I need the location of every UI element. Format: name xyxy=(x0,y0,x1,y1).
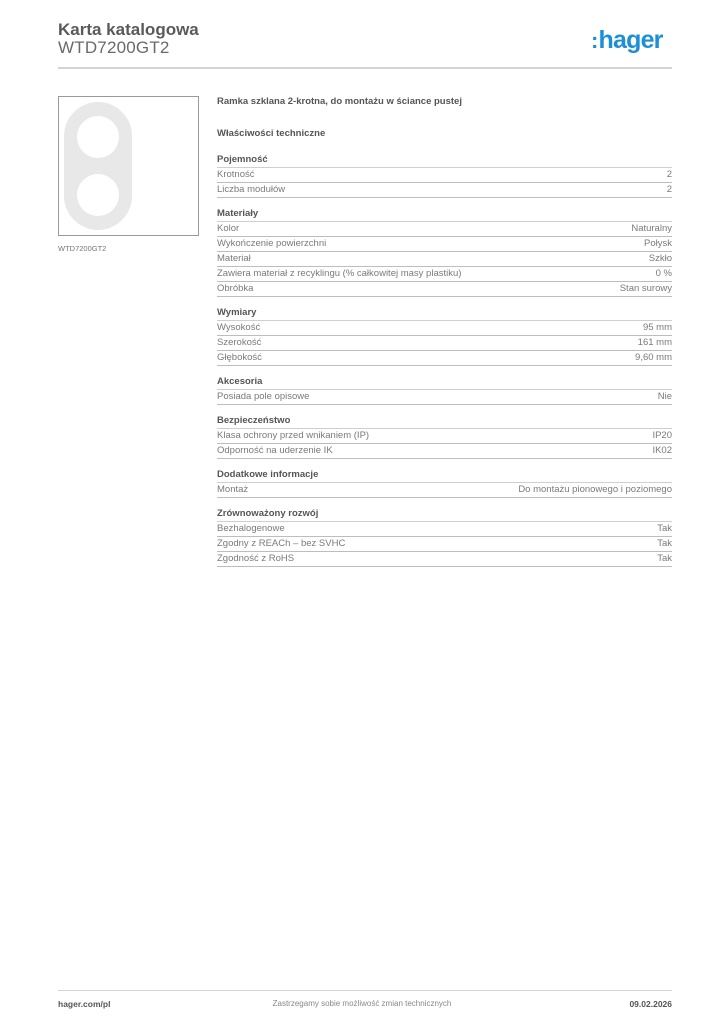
spec-content: Ramka szklana 2-krotna, do montażu w ści… xyxy=(217,96,672,577)
spec-value: Szkło xyxy=(649,252,672,266)
spec-value: 0 % xyxy=(656,267,672,281)
spec-row: Zgodność z RoHSTak xyxy=(217,552,672,567)
spec-label: Głębokość xyxy=(217,351,262,365)
product-code: WTD7200GT2 xyxy=(58,38,170,58)
spec-section: BezpieczeństwoKlasa ochrony przed wnikan… xyxy=(217,415,672,459)
spec-label: Kolor xyxy=(217,222,239,236)
spec-label: Obróbka xyxy=(217,282,253,296)
spec-label: Odporność na uderzenie IK xyxy=(217,444,333,458)
spec-row: Odporność na uderzenie IKIK02 xyxy=(217,444,672,459)
spec-value: Naturalny xyxy=(631,222,672,236)
footer-date: 09.02.2026 xyxy=(629,999,672,1009)
spec-value: Do montażu pionowego i poziomego xyxy=(518,483,672,497)
spec-row: MateriałSzkło xyxy=(217,252,672,267)
product-description: Ramka szklana 2-krotna, do montażu w ści… xyxy=(217,96,672,128)
spec-label: Posiada pole opisowe xyxy=(217,390,309,404)
section-title: Dodatkowe informacje xyxy=(217,469,672,483)
section-title: Zrównoważony rozwój xyxy=(217,508,672,522)
spec-value: 9,60 mm xyxy=(635,351,672,365)
spec-value: Tak xyxy=(657,552,672,566)
spec-value: IK02 xyxy=(652,444,672,458)
spec-section: MateriałyKolorNaturalnyWykończenie powie… xyxy=(217,208,672,297)
spec-value: IP20 xyxy=(652,429,672,443)
footer-disclaimer: Zastrzegamy sobie możliwość zmian techni… xyxy=(0,999,724,1008)
spec-row: Klasa ochrony przed wnikaniem (IP)IP20 xyxy=(217,429,672,444)
spec-label: Klasa ochrony przed wnikaniem (IP) xyxy=(217,429,369,443)
spec-sections: PojemnośćKrotność2Liczba modułów2Materia… xyxy=(217,154,672,567)
spec-label: Zgodność z RoHS xyxy=(217,552,294,566)
spec-row: Głębokość9,60 mm xyxy=(217,351,672,366)
spec-value: 95 mm xyxy=(643,321,672,335)
spec-label: Montaż xyxy=(217,483,248,497)
spec-section: Dodatkowe informacjeMontażDo montażu pio… xyxy=(217,469,672,498)
spec-section: WymiaryWysokość95 mmSzerokość161 mmGłębo… xyxy=(217,307,672,366)
spec-label: Bezhalogenowe xyxy=(217,522,285,536)
spec-value: 2 xyxy=(667,183,672,197)
spec-row: Liczba modułów2 xyxy=(217,183,672,198)
spec-label: Wykończenie powierzchni xyxy=(217,237,326,251)
spec-label: Szerokość xyxy=(217,336,261,350)
section-title: Akcesoria xyxy=(217,376,672,390)
spec-value: Tak xyxy=(657,522,672,536)
header-divider xyxy=(58,67,672,69)
spec-label: Krotność xyxy=(217,168,255,182)
spec-row: Posiada pole opisoweNie xyxy=(217,390,672,405)
product-image xyxy=(58,96,199,236)
spec-row: ObróbkaStan surowy xyxy=(217,282,672,297)
spec-label: Zgodny z REACh – bez SVHC xyxy=(217,537,345,551)
spec-value: 2 xyxy=(667,168,672,182)
spec-section: PojemnośćKrotność2Liczba modułów2 xyxy=(217,154,672,198)
spec-row: Wysokość95 mm xyxy=(217,321,672,336)
spec-value: Połysk xyxy=(644,237,672,251)
spec-value: 161 mm xyxy=(638,336,672,350)
document-title: Karta katalogowa xyxy=(58,20,199,40)
tech-properties-title: Właściwości techniczne xyxy=(217,128,672,154)
section-title: Materiały xyxy=(217,208,672,222)
spec-value: Stan surowy xyxy=(620,282,672,296)
spec-row: KolorNaturalny xyxy=(217,222,672,237)
spec-label: Liczba modułów xyxy=(217,183,285,197)
hager-logo: :hager xyxy=(591,26,663,55)
image-caption: WTD7200GT2 xyxy=(58,244,106,253)
double-frame-icon xyxy=(59,97,198,235)
logo-colon-icon: : xyxy=(591,28,598,53)
spec-value: Tak xyxy=(657,537,672,551)
footer-divider xyxy=(58,990,672,991)
section-title: Bezpieczeństwo xyxy=(217,415,672,429)
spec-row: MontażDo montażu pionowego i poziomego xyxy=(217,483,672,498)
spec-row: Wykończenie powierzchniPołysk xyxy=(217,237,672,252)
spec-label: Wysokość xyxy=(217,321,260,335)
spec-label: Materiał xyxy=(217,252,251,266)
spec-row: Zgodny z REACh – bez SVHCTak xyxy=(217,537,672,552)
section-title: Pojemność xyxy=(217,154,672,168)
logo-text: hager xyxy=(599,26,663,54)
spec-value: Nie xyxy=(658,390,672,404)
spec-label: Zawiera materiał z recyklingu (% całkowi… xyxy=(217,267,461,281)
spec-row: Zawiera materiał z recyklingu (% całkowi… xyxy=(217,267,672,282)
spec-row: Szerokość161 mm xyxy=(217,336,672,351)
section-title: Wymiary xyxy=(217,307,672,321)
spec-section: AkcesoriaPosiada pole opisoweNie xyxy=(217,376,672,405)
spec-section: Zrównoważony rozwójBezhalogenoweTakZgodn… xyxy=(217,508,672,567)
spec-row: Krotność2 xyxy=(217,168,672,183)
spec-row: BezhalogenoweTak xyxy=(217,522,672,537)
